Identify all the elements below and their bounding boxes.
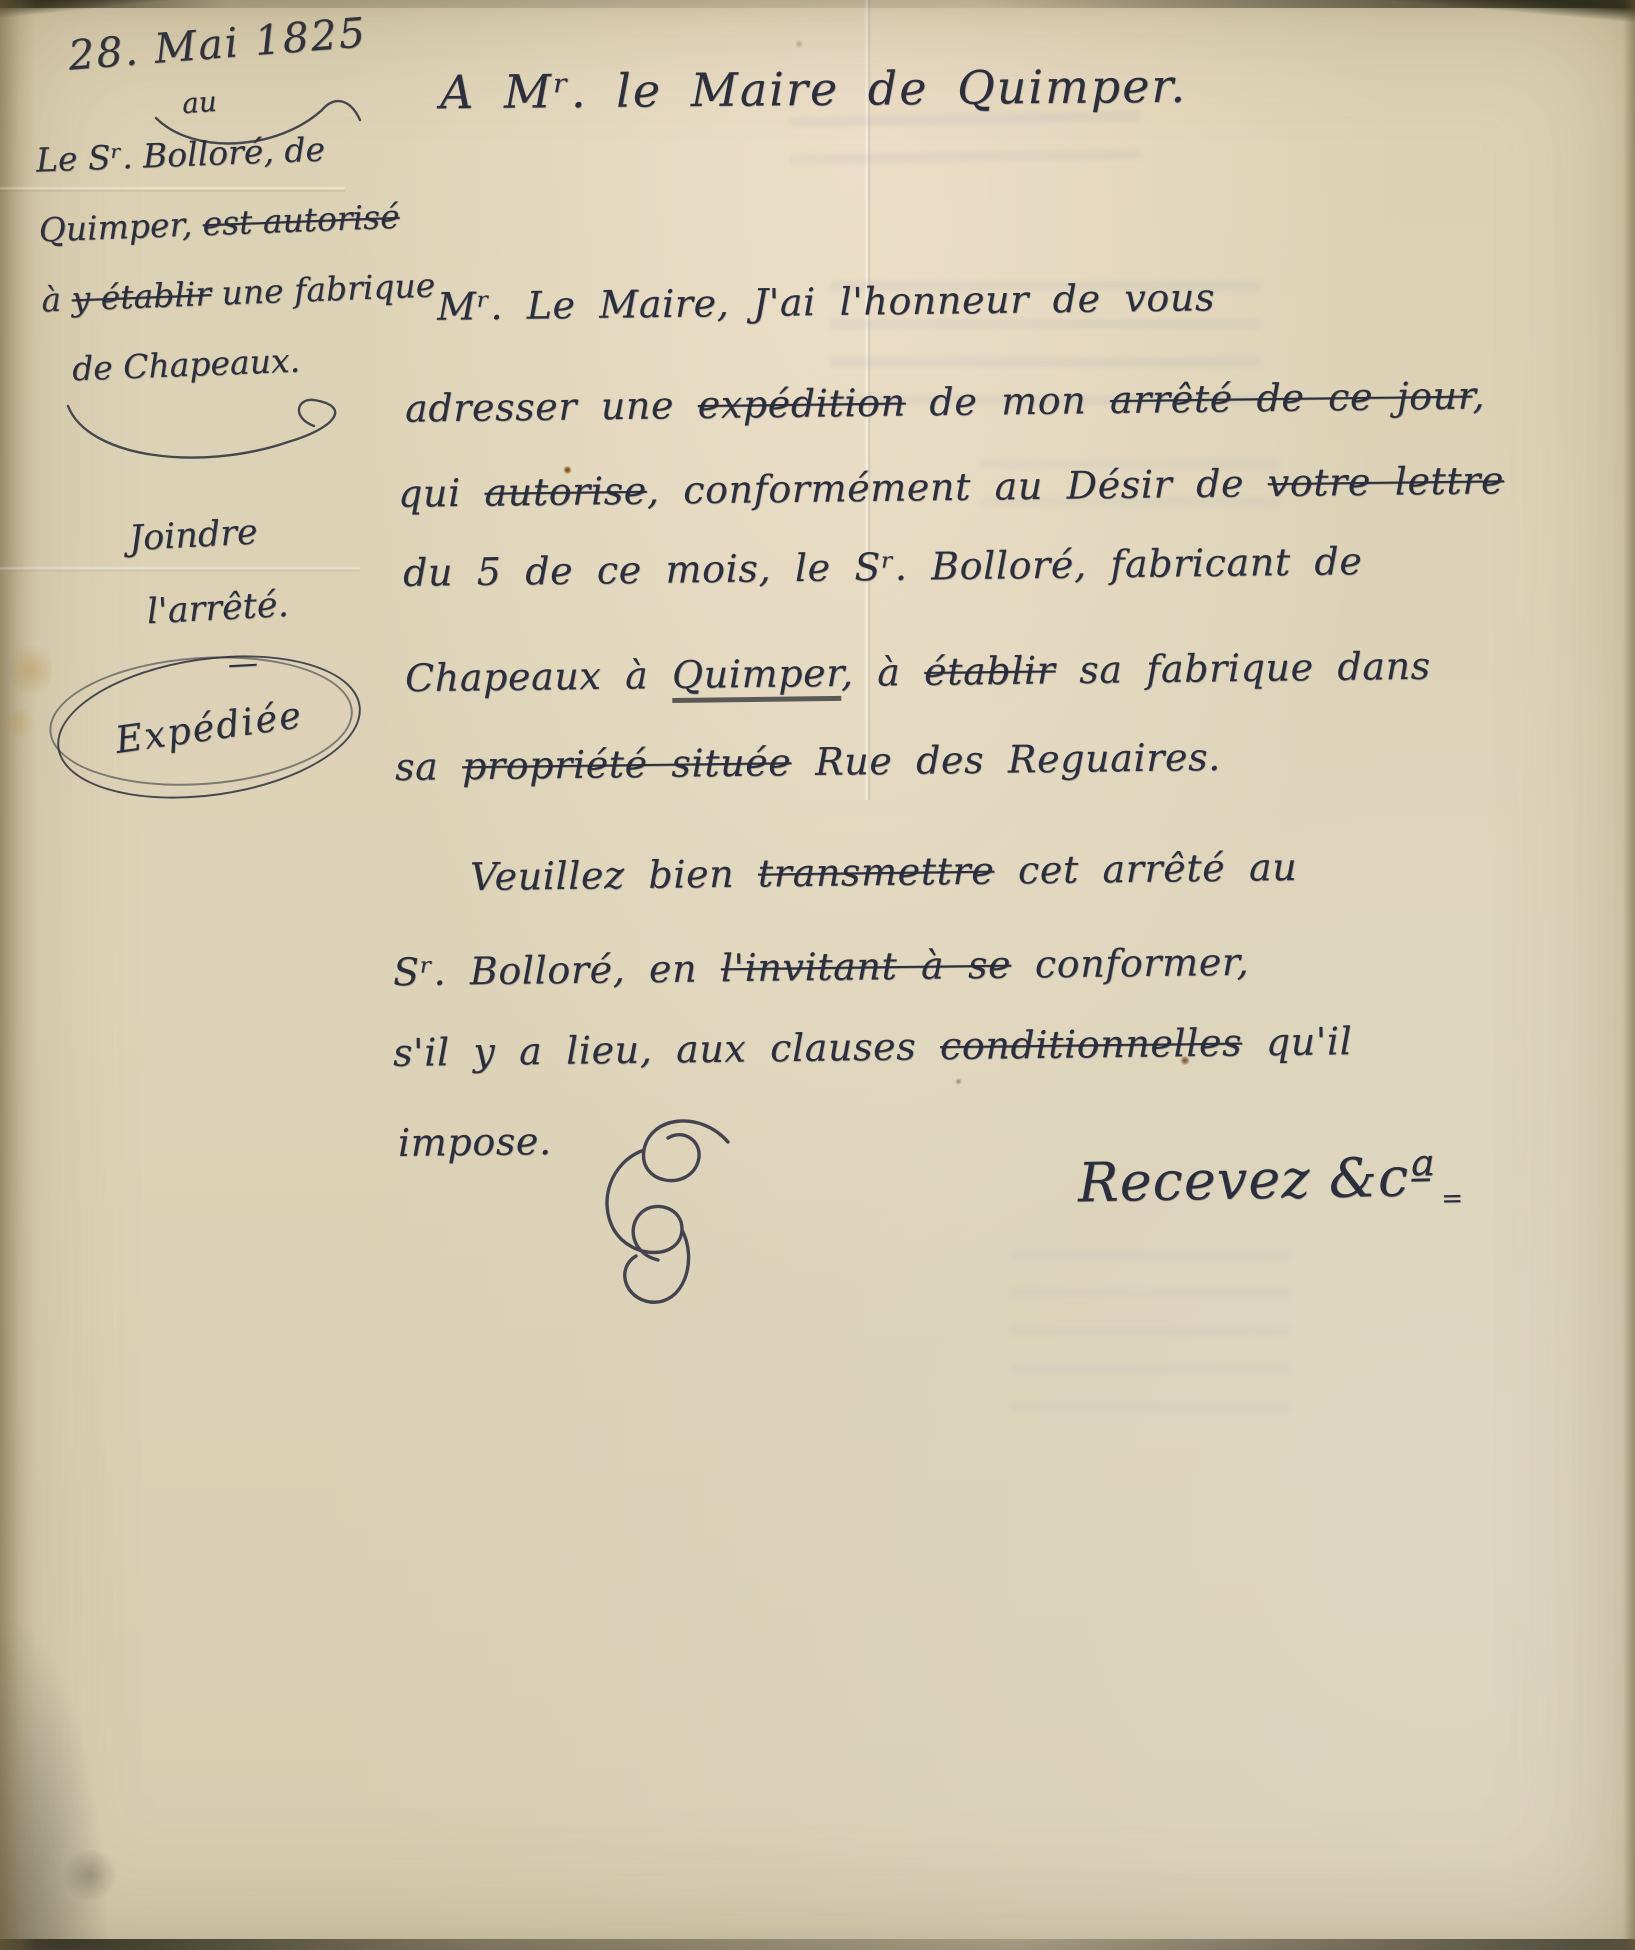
letter-page: 28. Mai 1825 au Le Sʳ. Bolloré, de Quimp… — [0, 0, 1635, 1950]
text-segment: adresser une — [405, 383, 698, 431]
closing-text: Recevez &cª — [1077, 1145, 1436, 1214]
text-segment: y établir — [71, 274, 212, 318]
letter-line: du 5 de ce mois, le Sʳ. Bolloré, fabrica… — [403, 539, 1363, 595]
text-segment: Veuillez bien — [470, 852, 758, 900]
text-segment: s'il y a lieu, aux clauses — [393, 1024, 941, 1075]
text-segment: Le Sʳ. Bolloré, de — [35, 130, 325, 180]
letter-line: s'il y a lieu, aux clauses conditionnell… — [393, 1019, 1353, 1075]
bleed-through-text — [1010, 1230, 1290, 1440]
letter-line: impose. — [398, 1119, 552, 1165]
text-segment: établir — [924, 648, 1056, 694]
scan-corner-top-right — [1365, 0, 1635, 24]
text-segment: impose. — [398, 1119, 552, 1165]
stain — [4, 706, 34, 740]
letter-line: sa propriété située Rue des Reguaires. — [395, 735, 1221, 789]
text-segment: transmettre — [758, 849, 995, 896]
letter-line: Chapeaux à Quimper, à établir sa fabriqu… — [405, 644, 1431, 701]
letter-line: Mʳ. Le Maire, J'ai l'honneur de vous — [437, 275, 1216, 329]
text-segment: du 5 de ce mois, le Sʳ. Bolloré, fabrica… — [403, 539, 1363, 595]
text-segment: sa fabrique dans — [1055, 644, 1431, 693]
margin-date-mark: au — [181, 85, 218, 120]
closing-mark: = — [1441, 1183, 1464, 1213]
stain — [955, 1078, 962, 1085]
bleed-through-text — [789, 109, 1140, 193]
stain — [10, 640, 52, 700]
paper-edge-left — [0, 0, 36, 1950]
scan-edge-bottom — [0, 1939, 1635, 1950]
text-segment: une fabrique — [210, 265, 436, 313]
dispatch-stamp-label: Expédiée — [113, 693, 306, 762]
text-segment: autorise — [484, 469, 647, 515]
address-line: A Mʳ. le Maire de Quimper. — [440, 59, 1187, 120]
dispatch-stamp: Expédiée — [48, 637, 370, 816]
text-segment: conditionnelles — [940, 1020, 1243, 1068]
scan-corner-top-left — [0, 0, 170, 18]
text-segment: , conformément au Désir de — [647, 461, 1268, 513]
margin-date: 28. Mai 1825 — [67, 8, 369, 79]
text-segment: sa — [395, 744, 463, 789]
paraph-flourish — [578, 1108, 778, 1338]
letter-line: adresser une expédition de mon arrêté de… — [405, 373, 1485, 430]
filing-note-line: l'arrêté. — [145, 568, 290, 649]
text-segment: Quimper, — [38, 204, 203, 249]
closing-line: Recevez &cª= — [1077, 1145, 1464, 1221]
letter-line: Sʳ. Bolloré, en l'invitant à se conforme… — [393, 940, 1250, 994]
text-segment: Sʳ. Bolloré, en — [393, 946, 721, 994]
text-segment: qu'il — [1242, 1019, 1353, 1064]
letter-line: Veuillez bien transmettre cet arrêté au — [470, 845, 1298, 899]
margin-summary-note: Le Sʳ. Bolloré, de Quimper, est autorisé… — [35, 111, 440, 406]
paper-edge-right — [1623, 0, 1635, 1950]
text-segment: est autorisé — [202, 197, 400, 244]
text-segment: Chapeaux à — [405, 653, 673, 700]
text-segment: expédition — [697, 380, 906, 427]
margin-summary-line: de Chapeaux. — [71, 320, 439, 404]
text-segment: arrêté de ce jour — [1110, 374, 1473, 422]
text-segment: , — [1472, 373, 1485, 417]
scan-corner-bottom-left — [0, 1610, 110, 1950]
text-segment: de mon — [905, 378, 1110, 424]
text-segment: cet arrêté au — [994, 845, 1298, 893]
letter-line: qui autorise, conformément au Désir de v… — [398, 458, 1505, 516]
text-segment: conformer, — [1011, 940, 1250, 987]
stain — [795, 40, 803, 48]
text-segment: à — [41, 279, 73, 319]
text-segment: l'invitant à se — [721, 943, 1012, 991]
flourish-under-summary — [52, 392, 372, 484]
text-segment: Rue des Reguaires. — [791, 735, 1221, 784]
scan-edge-top — [0, 0, 1635, 8]
text-segment: propriété située — [462, 740, 792, 788]
text-segment: , à — [841, 650, 925, 695]
text-segment: Mʳ. Le Maire, J'ai l'honneur de vous — [437, 275, 1216, 329]
text-segment: Quimper — [672, 651, 841, 703]
filing-note-line: Joindre — [127, 494, 286, 576]
text-segment: de Chapeaux. — [71, 341, 300, 389]
text-segment: votre lettre — [1267, 458, 1504, 505]
stain — [60, 1850, 120, 1900]
text-segment: qui — [398, 471, 485, 516]
